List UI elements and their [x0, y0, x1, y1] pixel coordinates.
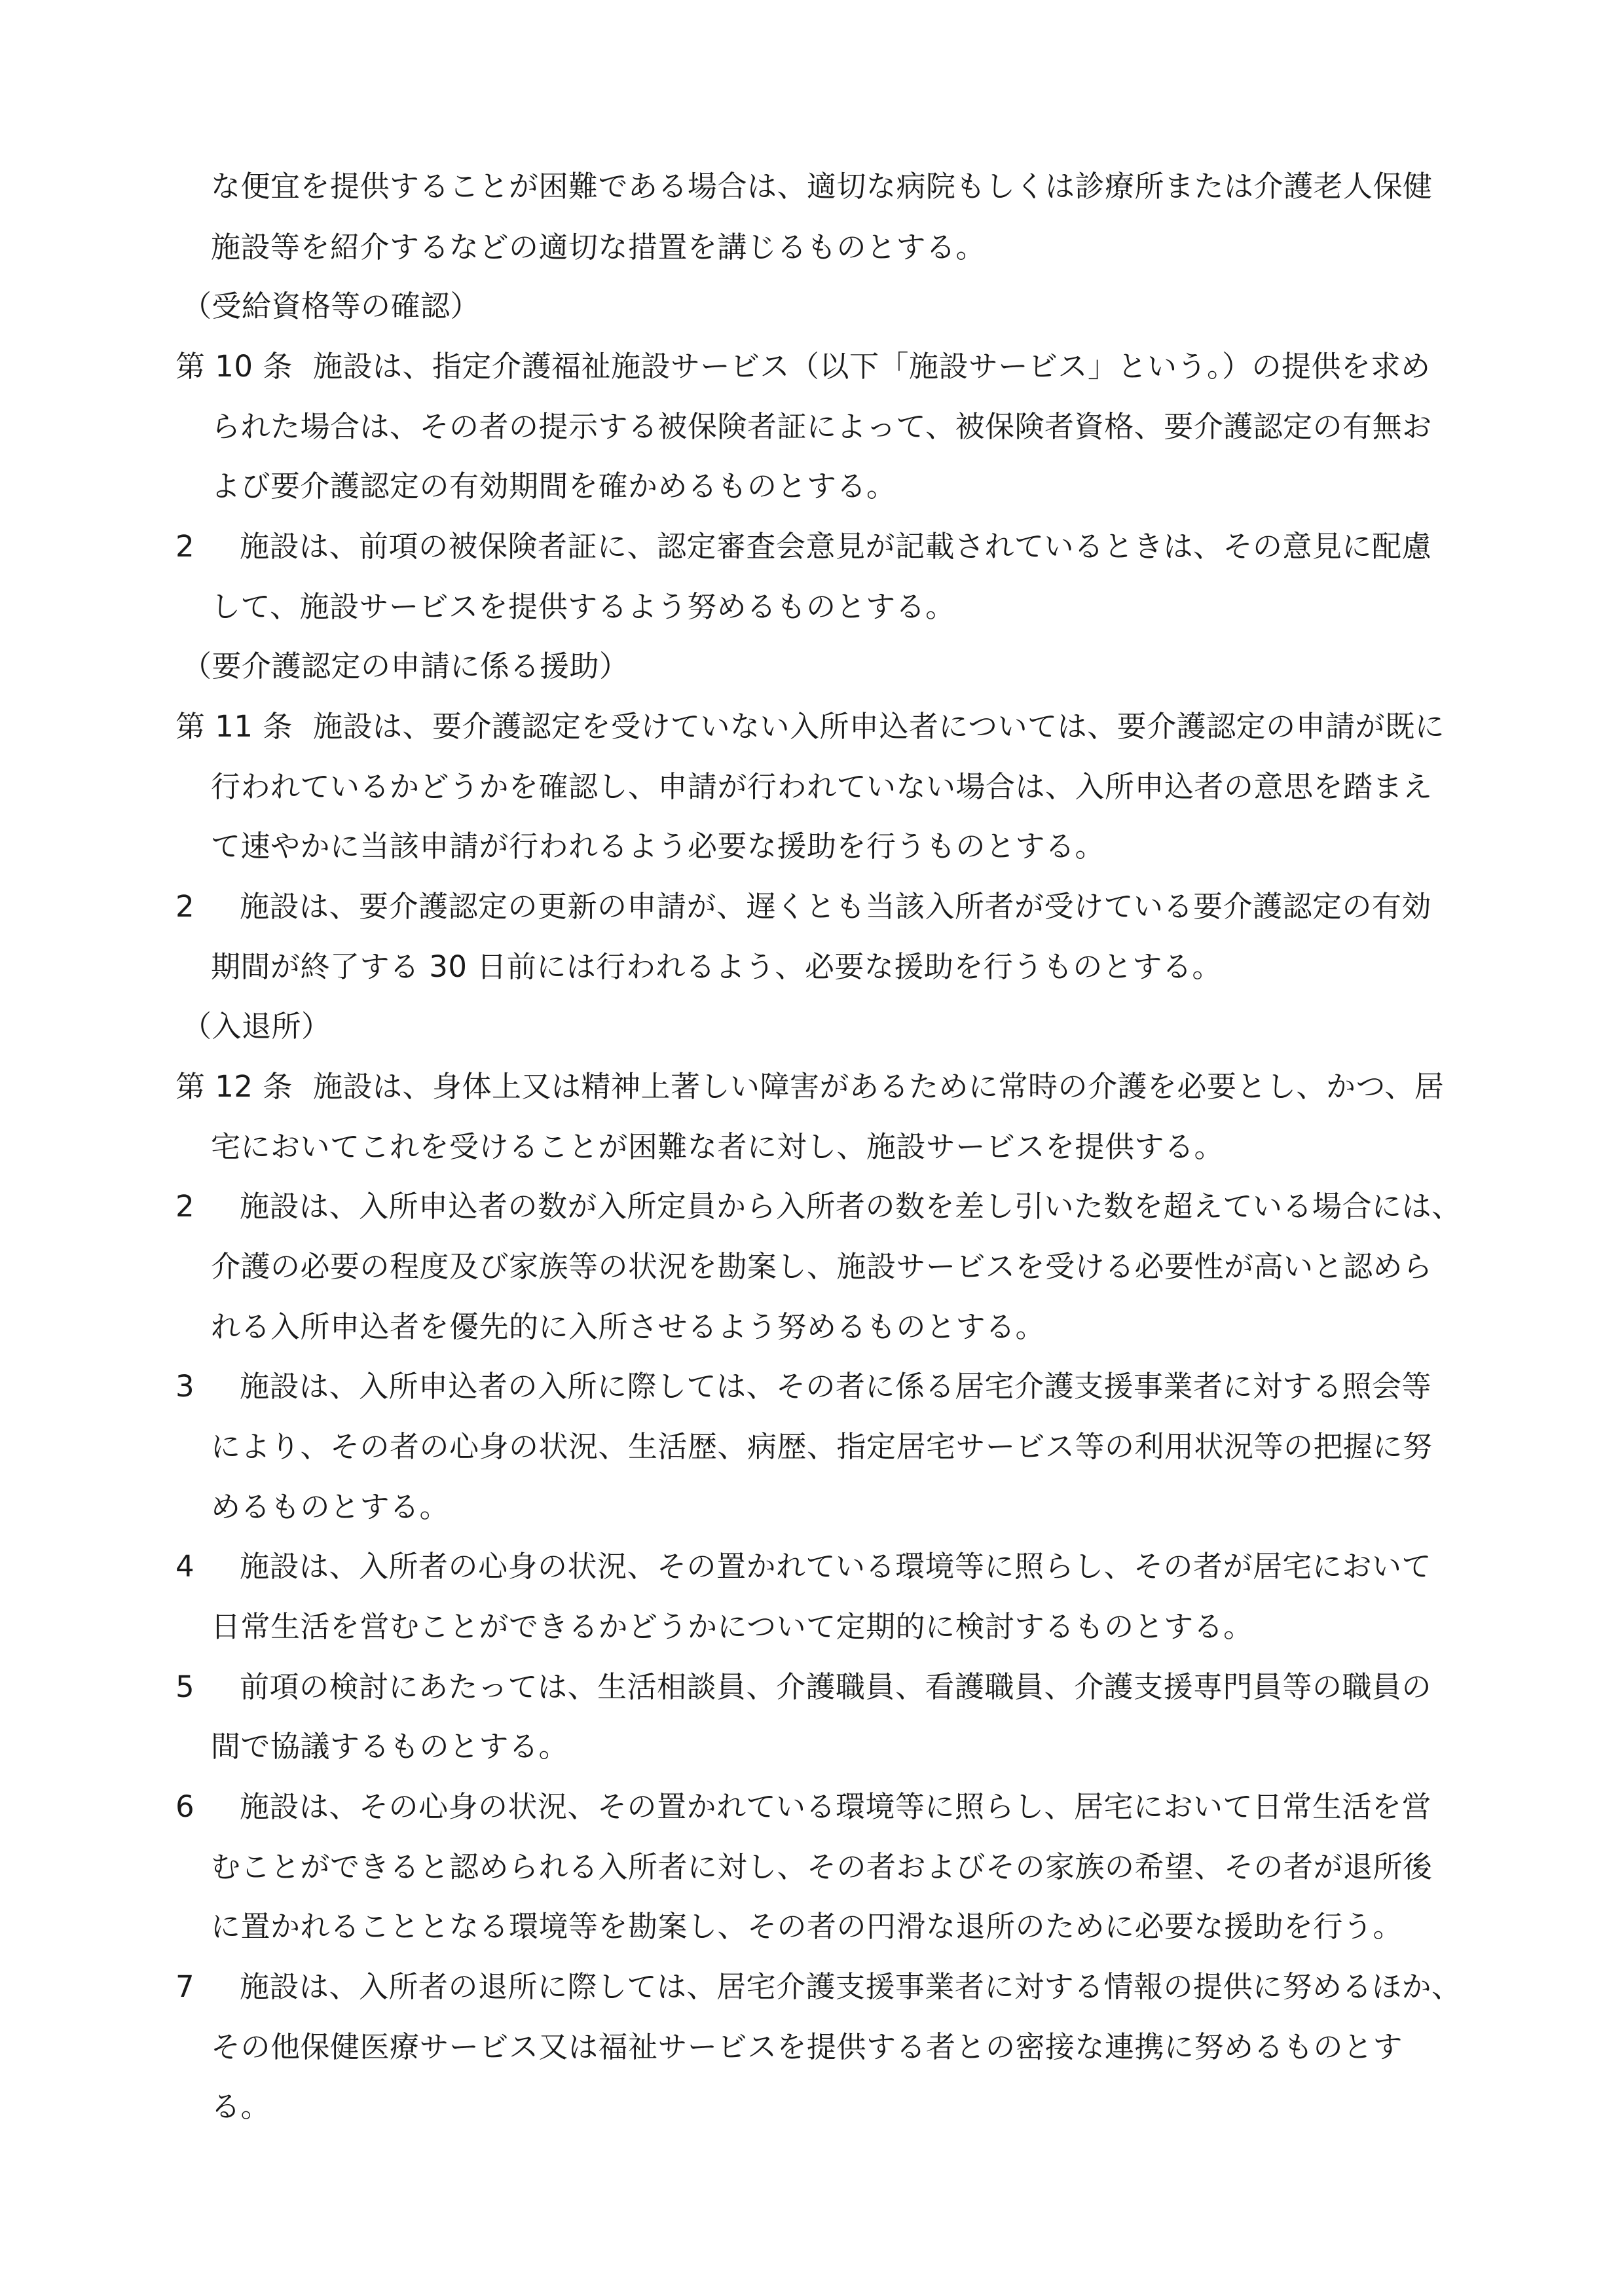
paragraph-text: 施設は、要介護認定の更新の申請が、遅くとも当該入所者が受けている要介護認定の有効	[240, 889, 1431, 924]
article-line: 第 10 条施設は、指定介護福祉施設サービス（以下「施設サービス」という。）の提…	[175, 347, 1431, 386]
paragraph-number: 2	[175, 887, 240, 926]
article-number: 第 12 条	[175, 1067, 313, 1106]
text-line: られた場合は、その者の提示する被保険者証によって、被保険者資格、要介護認定の有無…	[211, 407, 1432, 446]
text-line: よび要介護認定の有効期間を確かめるものとする。	[211, 467, 896, 506]
article-text: 施設は、指定介護福祉施設サービス（以下「施設サービス」という。）の提供を求め	[313, 349, 1431, 384]
paragraph-text: 施設は、前項の被保険者証に、認定審査会意見が記載されているときは、その意見に配慮	[240, 529, 1431, 564]
text-line: めるものとする。	[211, 1487, 449, 1527]
paragraph-text: 前項の検討にあたっては、生活相談員、介護職員、看護職員、介護支援専門員等の職員の	[240, 1669, 1431, 1704]
paragraph-number: 6	[175, 1787, 240, 1827]
article-number: 第 10 条	[175, 347, 313, 386]
text-line: て速やかに当該申請が行われるよう必要な援助を行うものとする。	[211, 827, 1105, 866]
text-line: 宅においてこれを受けることが困難な者に対し、施設サービスを提供する。	[211, 1127, 1224, 1167]
article-number: 第 11 条	[175, 707, 313, 746]
text-line: れる入所申込者を優先的に入所させるよう努めるものとする。	[211, 1307, 1045, 1347]
text-line: る。	[211, 2087, 270, 2126]
article-line: 第 11 条施設は、要介護認定を受けていない入所申込者については、要介護認定の申…	[175, 707, 1445, 746]
paragraph-text: 施設は、入所申込者の数が入所定員から入所者の数を差し引いた数を超えている場合には…	[240, 1189, 1462, 1224]
paragraph-line: 7施設は、入所者の退所に際しては、居宅介護支援事業者に対する情報の提供に努めるほ…	[175, 1967, 1462, 2007]
text-line: むことができると認められる入所者に対し、その者およびその家族の希望、その者が退所…	[211, 1848, 1433, 1887]
text-line: 行われているかどうかを確認し、申請が行われていない場合は、入所申込者の意思を踏ま…	[211, 767, 1433, 807]
paragraph-line: 2施設は、要介護認定の更新の申請が、遅くとも当該入所者が受けている要介護認定の有…	[175, 887, 1431, 926]
paragraph-number: 2	[175, 1187, 240, 1226]
section-heading: （要介護認定の申請に係る援助）	[182, 647, 629, 686]
paragraph-line: 5前項の検討にあたっては、生活相談員、介護職員、看護職員、介護支援専門員等の職員…	[175, 1667, 1431, 1707]
document-page: な便宜を提供することが困難である場合は、適切な病院もしくは診療所または介護老人保…	[0, 0, 1624, 2296]
paragraph-text: 施設は、その心身の状況、その置かれている環境等に照らし、居宅において日常生活を営	[240, 1789, 1431, 1824]
paragraph-line: 2施設は、前項の被保険者証に、認定審査会意見が記載されているときは、その意見に配…	[175, 527, 1431, 566]
article-text: 施設は、要介護認定を受けていない入所申込者については、要介護認定の申請が既に	[313, 709, 1445, 744]
paragraph-number: 4	[175, 1547, 240, 1586]
text-line: 日常生活を営むことができるかどうかについて定期的に検討するものとする。	[211, 1607, 1253, 1647]
paragraph-number: 2	[175, 527, 240, 566]
text-line: 期間が終了する 30 日前には行われるよう、必要な援助を行うものとする。	[211, 947, 1222, 987]
text-line: 間で協議するものとする。	[211, 1727, 568, 1766]
text-line: 介護の必要の程度及び家族等の状況を勘案し、施設サービスを受ける必要性が高いと認め…	[211, 1247, 1433, 1286]
text-line: その他保健医療サービス又は福祉サービスを提供する者との密接な連携に努めるものとす	[211, 2028, 1403, 2067]
paragraph-number: 7	[175, 1967, 240, 2007]
paragraph-text: 施設は、入所者の退所に際しては、居宅介護支援事業者に対する情報の提供に努めるほか…	[240, 1969, 1462, 2004]
text-line: 施設等を紹介するなどの適切な措置を講じるものとする。	[211, 228, 986, 267]
text-line: な便宜を提供することが困難である場合は、適切な病院もしくは診療所または介護老人保…	[211, 167, 1433, 206]
paragraph-line: 6施設は、その心身の状況、その置かれている環境等に照らし、居宅において日常生活を…	[175, 1787, 1431, 1827]
section-heading: （入退所）	[182, 1007, 331, 1046]
paragraph-line: 3施設は、入所申込者の入所に際しては、その者に係る居宅介護支援事業者に対する照会…	[175, 1367, 1431, 1406]
paragraph-text: 施設は、入所申込者の入所に際しては、その者に係る居宅介護支援事業者に対する照会等	[240, 1369, 1431, 1404]
paragraph-line: 4施設は、入所者の心身の状況、その置かれている環境等に照らし、その者が居宅におい…	[175, 1547, 1431, 1586]
article-text: 施設は、身体上又は精神上著しい障害があるために常時の介護を必要とし、かつ、居	[313, 1069, 1444, 1104]
paragraph-number: 5	[175, 1667, 240, 1707]
section-heading: （受給資格等の確認）	[182, 287, 480, 326]
text-line: により、その者の心身の状況、生活歴、病歴、指定居宅サービス等の利用状況等の把握に…	[211, 1427, 1433, 1467]
paragraph-line: 2施設は、入所申込者の数が入所定員から入所者の数を差し引いた数を超えている場合に…	[175, 1187, 1462, 1226]
article-line: 第 12 条施設は、身体上又は精神上著しい障害があるために常時の介護を必要とし、…	[175, 1067, 1444, 1106]
text-line: に置かれることとなる環境等を勘案し、その者の円滑な退所のために必要な援助を行う。	[211, 1907, 1403, 1946]
paragraph-number: 3	[175, 1367, 240, 1406]
text-line: して、施設サービスを提供するよう努めるものとする。	[211, 587, 955, 627]
paragraph-text: 施設は、入所者の心身の状況、その置かれている環境等に照らし、その者が居宅において	[240, 1549, 1431, 1584]
